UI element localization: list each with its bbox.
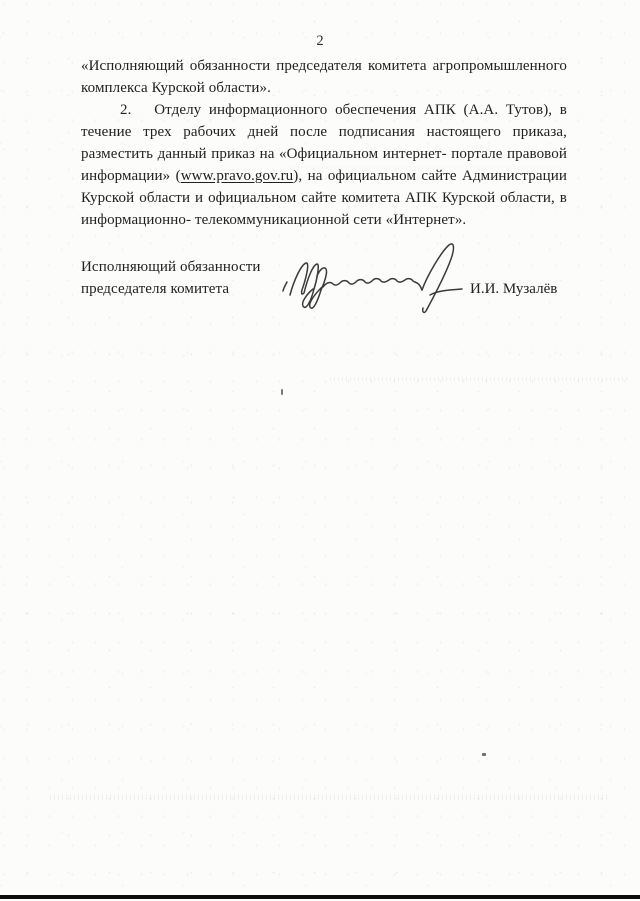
- scan-streak-artifact: [50, 794, 610, 800]
- page-number: 2: [0, 33, 640, 50]
- text-segment: ), на официальном сайте Администрации: [293, 168, 567, 184]
- text-line: течение трех рабочих дней после подписан…: [81, 121, 567, 143]
- text-line: информационно- телекоммуникационной сети…: [81, 209, 567, 231]
- text-line: информации» (www.pravo.gov.ru), на офици…: [81, 165, 567, 187]
- scan-streak-artifact: [330, 377, 630, 381]
- text-line: 2. Отделу информационного обеспечения АП…: [81, 99, 567, 121]
- text-segment: информации» (: [81, 168, 181, 184]
- text-segment: Курской области и официальном сайте коми…: [81, 190, 567, 206]
- text-line: комплекса Курской области».: [81, 77, 567, 99]
- text-segment: течение трех рабочих дней после подписан…: [81, 124, 567, 140]
- text-line: «Исполняющий обязанности председателя ко…: [81, 55, 567, 77]
- handwritten-signature-icon: [273, 232, 473, 322]
- text-segment: информационно- телекоммуникационной сети…: [81, 212, 466, 228]
- text-segment: «Исполняющий обязанности председателя ко…: [81, 58, 567, 74]
- ink-speck: [482, 753, 486, 756]
- text-segment: комплекса Курской области».: [81, 80, 271, 96]
- signer-name: И.И. Музалёв: [470, 278, 557, 300]
- scan-edge-artifact: [0, 895, 640, 899]
- document-body: «Исполняющий обязанности председателя ко…: [81, 55, 567, 231]
- ink-speck: [281, 389, 283, 395]
- text-line: Курской области и официальном сайте коми…: [81, 187, 567, 209]
- quoted-position-paragraph: «Исполняющий обязанности председателя ко…: [81, 55, 567, 99]
- text-segment: разместить данный приказ на «Официальном…: [81, 146, 567, 162]
- text-segment: 2. Отделу информационного обеспечения АП…: [120, 102, 567, 118]
- text-line: разместить данный приказ на «Официальном…: [81, 143, 567, 165]
- pravo-gov-ru-url-text: www.pravo.gov.ru: [181, 168, 294, 184]
- order-item-2-paragraph: 2. Отделу информационного обеспечения АП…: [81, 99, 567, 231]
